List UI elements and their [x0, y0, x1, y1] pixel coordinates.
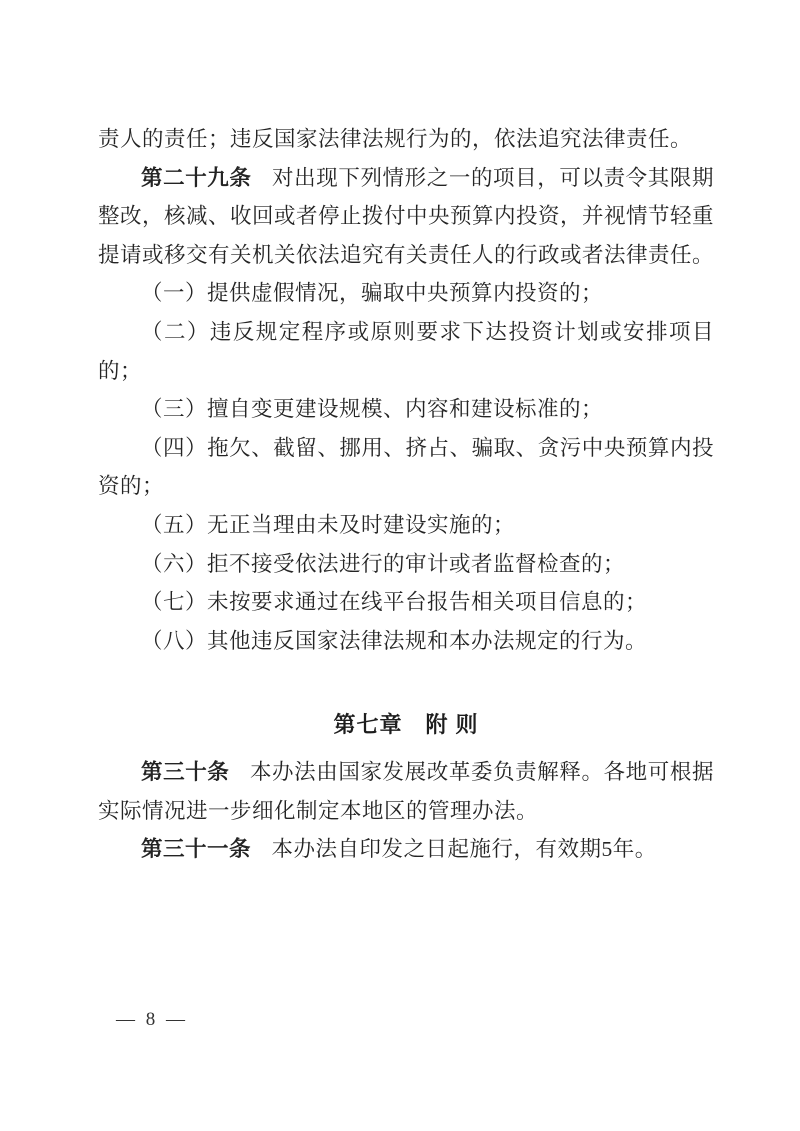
paragraph-continuation: 责人的责任；违反国家法律法规行为的，依法追究法律责任。: [98, 120, 714, 159]
chapter-heading: 第七章 附 则: [98, 706, 714, 745]
article-29-paragraph: 第二十九条对出现下列情形之一的项目，可以责令其限期整改，核减、收回或者停止拨付中…: [98, 159, 714, 275]
list-item-4: （四）拖欠、截留、挪用、挤占、骗取、贪污中央预算内投资的；: [98, 429, 714, 506]
article-31-text: 本办法自印发之日起施行，有效期5年。: [271, 837, 656, 861]
page-number: — 8 —: [116, 1009, 188, 1030]
article-30-number: 第三十条: [141, 760, 229, 784]
list-item-2: （二）违反规定程序或原则要求下达投资计划或安排项目的；: [98, 313, 714, 390]
document-page: 责人的责任；违反国家法律法规行为的，依法追究法律责任。 第二十九条对出现下列情形…: [0, 0, 800, 1131]
list-item-6: （六）拒不接受依法进行的审计或者监督检查的；: [98, 545, 714, 584]
article-31-paragraph: 第三十一条本办法自印发之日起施行，有效期5年。: [98, 830, 714, 869]
list-item-3: （三）擅自变更建设规模、内容和建设标准的；: [98, 390, 714, 429]
list-item-5: （五）无正当理由未及时建设实施的；: [98, 506, 714, 545]
list-item-8: （八）其他违反国家法律法规和本办法规定的行为。: [98, 622, 714, 661]
list-item-1: （一）提供虚假情况，骗取中央预算内投资的；: [98, 274, 714, 313]
article-30-paragraph: 第三十条本办法由国家发展改革委负责解释。各地可根据实际情况进一步细化制定本地区的…: [98, 753, 714, 830]
document-body: 责人的责任；违反国家法律法规行为的，依法追究法律责任。 第二十九条对出现下列情形…: [98, 120, 714, 869]
article-29-number: 第二十九条: [141, 166, 252, 190]
article-31-number: 第三十一条: [141, 837, 251, 861]
list-item-7: （七）未按要求通过在线平台报告相关项目信息的；: [98, 583, 714, 622]
page-footer: — 8 —: [116, 1008, 188, 1032]
